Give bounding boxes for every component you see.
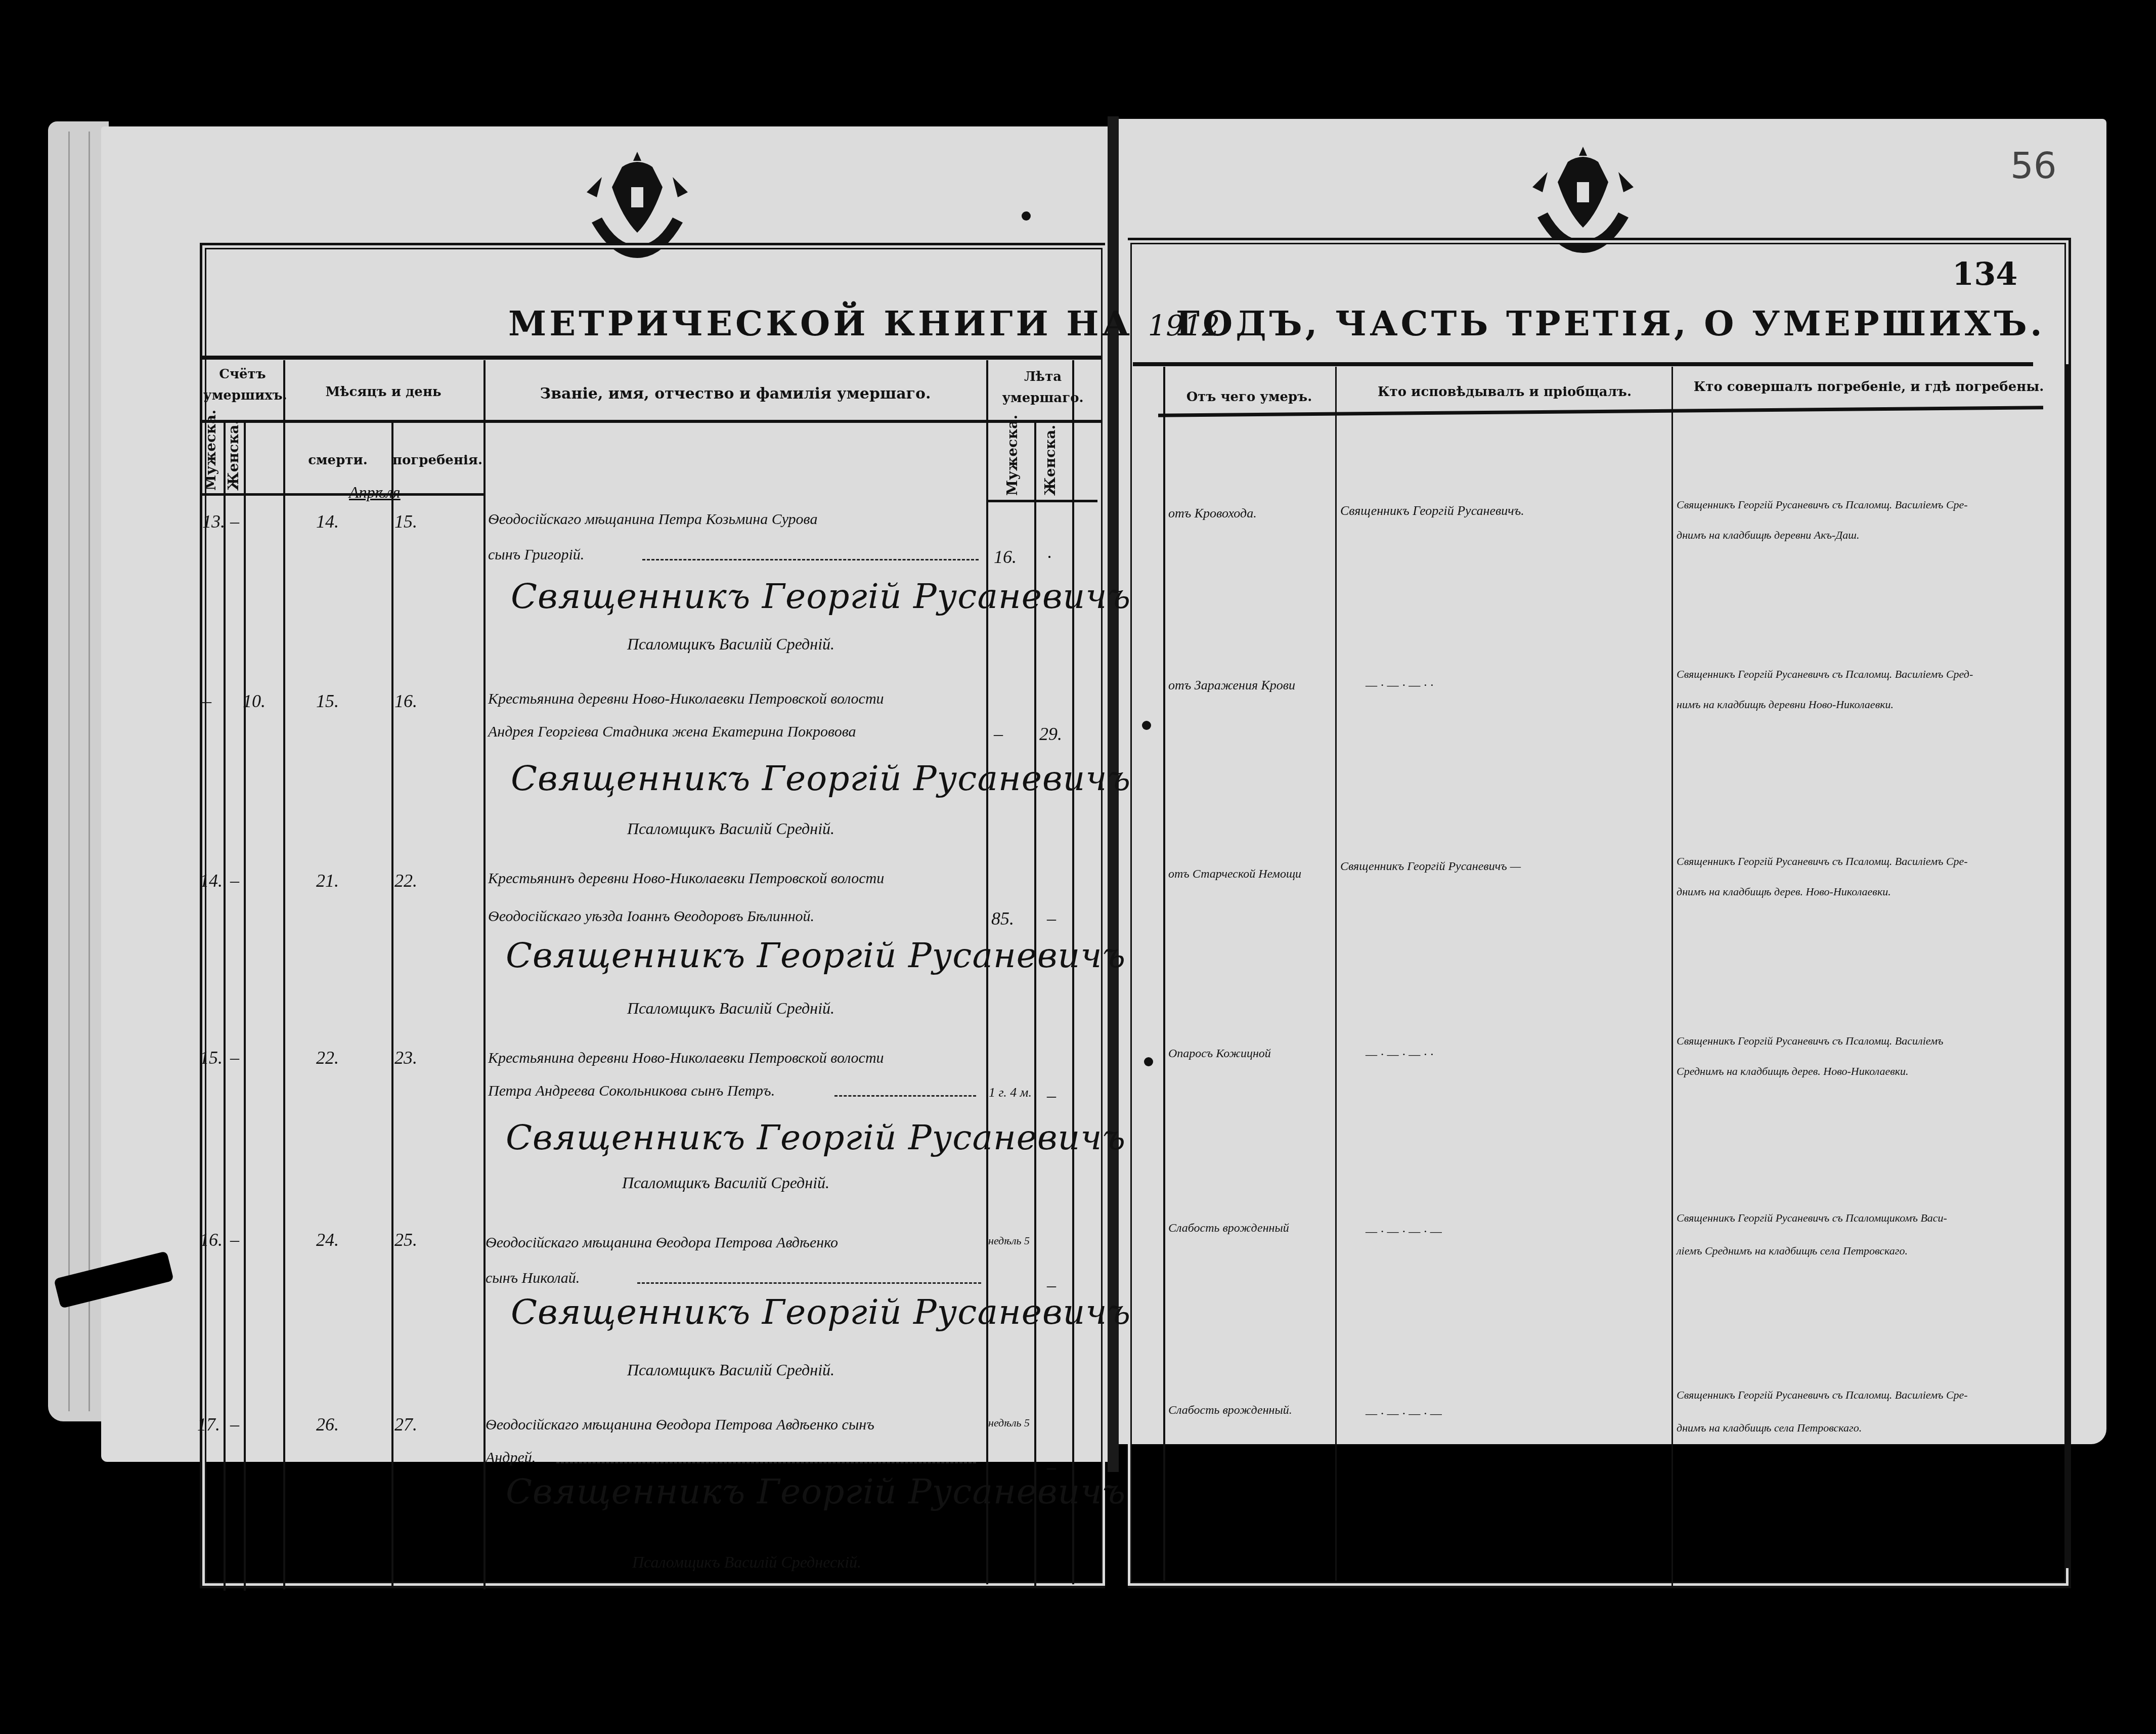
count-male: 16. [200,1229,223,1250]
psalmist-signature: Псаломщикъ Василій Среднескій. [632,1553,861,1572]
header-divider [202,420,1103,423]
burial-line-1: Священникъ Георгій Русаневичъ съ Псаломщ… [1677,1034,1943,1048]
burial-day: 25. [394,1229,417,1250]
count-male: – [202,690,211,712]
col-header-burial-date: погребенія. [392,450,482,471]
psalmist-signature: Псаломщикъ Василій Средній. [622,1174,829,1192]
psalmist-signature: Псаломщикъ Василій Средній. [627,999,834,1018]
table-top-rule [202,356,1103,360]
cause-of-death: отъ Старческой Немощи [1168,868,1301,881]
death-day: 21. [316,870,339,891]
column-rule [244,422,246,1591]
col-header-age-male: Мужеска. [1004,430,1021,496]
count-female: – [230,1047,239,1068]
column-rule [224,422,226,1591]
col-header-name: Званіе, имя, отчество и фамилія умершаго… [486,382,985,406]
age-male: недѣль 5 [986,1234,1032,1247]
count-female: – [230,1229,239,1250]
table-top-rule [1133,362,2033,366]
name-line-2: сынъ Николай. [486,1270,580,1287]
name-line-1: Крестьянинъ деревни Ново-Николаевки Петр… [488,870,884,887]
burial-line-1: Священникъ Георгій Русаневичъ съ Псаломщ… [1677,1389,1968,1402]
name-line-1: Ѳеодосійскаго мѣщанина Ѳеодора Петрова А… [486,1234,838,1251]
count-female: – [230,870,239,891]
cause-of-death: Опаросъ Кожицной [1168,1047,1271,1061]
right-page-frame [1128,238,2071,1588]
death-day: 24. [316,1229,339,1250]
subheader-divider [986,500,1097,502]
column-rule [2066,364,2069,1568]
age-female: · [1047,546,1051,568]
name-line-2: Ѳеодосійскаго уѣзда Іоаннъ Ѳеодоровъ Бѣл… [488,908,814,925]
count-male: 17. [197,1414,220,1435]
name-line-2: сынъ Григорій. [488,546,584,563]
death-day: 14. [316,511,339,532]
cause-of-death: отъ Заражения Крови [1168,678,1295,693]
burial-day: 27. [394,1414,417,1435]
count-female: – [230,1414,239,1435]
name-line-2: Петра Андреева Сокольникова сынъ Петръ. [488,1082,775,1100]
burial-line-1: Священникъ Георгій Русаневичъ съ Псаломщ… [1677,1211,1947,1225]
column-rule [391,422,393,1586]
col-header-count: Счётъ умершихъ. [203,364,282,406]
column-rule [483,360,486,1589]
filler-dash [642,559,979,560]
age-male: 16. [994,546,1017,568]
death-day: 22. [316,1047,339,1068]
priest-signature: Священникъ Георгій Русаневичъ [511,577,1131,617]
header-title-left: МЕТРИЧЕСКОЙ КНИГИ НА 1912 [508,304,1220,344]
page-stack-edge [48,121,109,1421]
age-female: – [1047,908,1056,929]
col-header-date: Мѣсяцъ и день [284,382,482,403]
filler-dash [556,1462,976,1463]
burial-day: 16. [394,690,417,712]
col-header-count-male: Мужеска. [202,430,219,491]
burial-line-2: днимъ на кладбищѣ дерев. Ново-Николаевки… [1677,885,1891,898]
filler-dash [834,1095,976,1097]
scanned-register-spread: 56 МЕТРИЧЕСКОЙ КНИГИ НА 1912 ГОДЪ, ЧАСТЬ… [0,0,2156,1734]
column-rule [283,360,285,1589]
psalmist-signature: Псаломщикъ Василій Средній. [627,635,834,654]
name-line-1: Ѳеодосійскаго мѣщанина Ѳеодора Петрова А… [486,1416,874,1434]
confessor: Священникъ Георгій Русаневичъ. [1340,503,1524,518]
header-title-right: ГОДЪ, ЧАСТЬ ТРЕТІЯ, О УМЕРШИХЪ. [1176,304,2045,344]
death-day: 15. [316,690,339,712]
col-header-confessor: Кто исповѣдывалъ и пріобщалъ. [1338,382,1671,403]
confessor: Священникъ Георгій Русаневичъ — [1340,860,1521,874]
count-male: 13. [202,511,225,532]
age-female: – [1047,1085,1056,1106]
folio-number: 134 [1952,255,2017,292]
count-female: 10. [243,690,266,712]
column-rule [1335,367,1337,1581]
name-line-1: Крестьянина деревни Ново-Николаевки Петр… [488,1050,884,1067]
burial-line-2: Среднимъ на кладбищѣ дерев. Ново-Николае… [1677,1065,1909,1078]
priest-signature: Священникъ Георгій Русаневичъ [511,1292,1131,1332]
column-rule [1163,367,1165,1581]
count-male: 14. [200,870,223,891]
age-male: недѣль 5 [986,1416,1032,1429]
col-header-burial: Кто совершалъ погребеніе, и гдѣ погребен… [1674,377,2063,398]
age-female: 29. [1039,723,1062,745]
col-header-cause: Отъ чего умеръ. [1166,387,1333,408]
death-day: 26. [316,1414,339,1435]
age-male: 85. [991,908,1014,929]
burial-line-2: днимъ на кладбищѣ деревни Акъ-Даш. [1677,529,1859,542]
col-header-count-female: Женска. [225,430,242,491]
binding-hole [1022,211,1031,221]
col-header-age-female: Женска. [1042,430,1059,496]
name-line-1: Крестьянина деревни Ново-Николаевки Петр… [488,690,884,708]
burial-line-2: нимъ на кладбищѣ деревни Ново-Николаевки… [1677,698,1894,711]
name-line-2: Андрей. [486,1449,536,1466]
priest-signature: Священникъ Георгій Русаневичъ [506,936,1126,976]
name-line-1: Ѳеодосійскаго мѣщанина Петра Козьмина Су… [488,511,817,528]
confessor: — · — · — · — [1366,1224,1442,1239]
burial-line-1: Священникъ Георгій Русаневичъ съ Псаломщ… [1677,855,1968,868]
burial-line-2: ліемъ Среднимъ на кладбищѣ села Петровск… [1677,1244,1908,1258]
count-male: 15. [200,1047,223,1068]
cause-of-death: отъ Кровохода. [1168,506,1257,521]
priest-signature: Священникъ Георгій Русаневичъ [506,1472,1126,1512]
priest-signature: Священникъ Георгій Русаневичъ [511,759,1131,799]
archive-page-number: 56 [2010,144,2057,187]
psalmist-signature: Псаломщикъ Василій Средній. [627,819,834,838]
confessor: — · — · — · · [1366,1047,1433,1062]
age-male: – [994,723,1003,745]
burial-day: 23. [394,1047,417,1068]
cause-of-death: Слабость врожденный. [1168,1404,1292,1417]
count-female: – [230,511,239,532]
name-line-2: Андрея Георгіева Стадника жена Екатерина… [488,723,856,741]
confessor: — · — · — · · [1366,678,1433,693]
priest-signature: Священникъ Георгій Русаневичъ [506,1118,1126,1158]
col-header-death-date: смерти. [285,450,390,471]
burial-line-2: днимъ на кладбищѣ села Петровскаго. [1677,1421,1862,1435]
confessor: — · — · — · — [1366,1406,1442,1421]
age-male: 1 г. 4 м. [989,1085,1032,1100]
psalmist-signature: Псаломщикъ Василій Средній. [627,1361,834,1379]
burial-line-1: Священникъ Георгій Русаневичъ съ Псаломщ… [1677,668,1973,681]
month-label: Апрѣля [349,483,401,502]
burial-day: 15. [394,511,417,532]
col-header-age: Лѣта умершаго. [987,367,1098,409]
cause-of-death: Слабость врожденный [1168,1222,1289,1235]
title-text: МЕТРИЧЕСКОЙ КНИГИ НА [508,304,1133,344]
filler-dash [637,1282,981,1284]
burial-line-1: Священникъ Георгій Русаневичъ съ Псаломщ… [1677,498,1968,511]
burial-day: 22. [394,870,417,891]
column-rule [1671,367,1673,1586]
